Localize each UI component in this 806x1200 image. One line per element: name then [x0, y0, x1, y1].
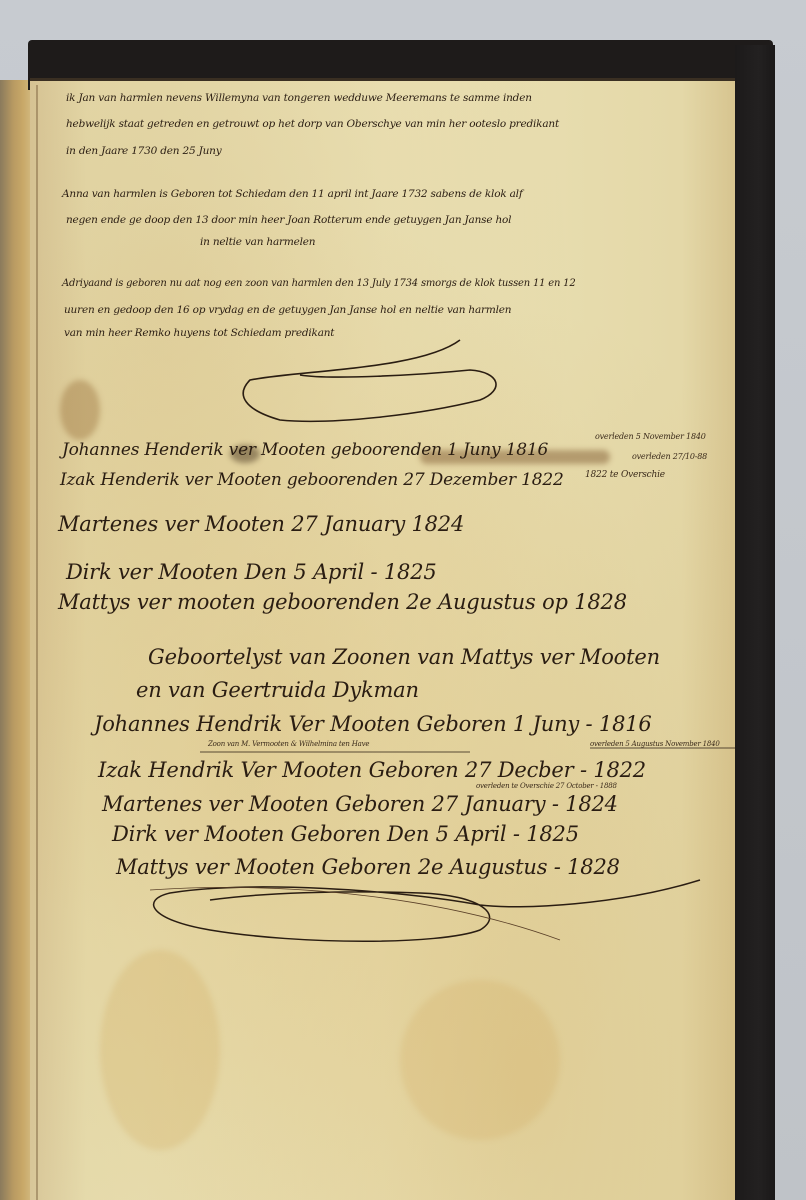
- title-line: Geboortelyst van Zoonen van Mattys ver M…: [148, 645, 660, 669]
- list-item: Dirk ver Mooten Geboren Den 5 April - 18…: [112, 822, 579, 846]
- list-item: Johannes Hendrik Ver Mooten Geboren 1 Ju…: [94, 712, 652, 736]
- place-note: 1822 te Overschie: [585, 470, 665, 480]
- list-item: Izak Hendrik Ver Mooten Geboren 27 Decbe…: [98, 758, 646, 782]
- list-item: Johannes Henderik ver Mooten geboorenden…: [62, 440, 548, 460]
- title-line: en van Geertruida Dykman: [136, 678, 419, 702]
- death-note: overleden 5 Augustus November 1840: [590, 740, 720, 748]
- death-note: overleden 5 November 1840: [595, 432, 706, 441]
- list-item: Martenes ver Mooten Geboren 27 January -…: [102, 792, 618, 816]
- list-item: Dirk ver Mooten Den 5 April - 1825: [66, 560, 437, 584]
- parent-note: Zoon van M. Vermooten & Wilhelmina ten H…: [208, 740, 369, 748]
- death-note: overleden te Overschie 27 October - 1888: [476, 782, 617, 790]
- list-item: Mattys ver Mooten Geboren 2e Augustus - …: [116, 855, 620, 879]
- list-item: Mattys ver mooten geboorenden 2e Augustu…: [58, 590, 627, 614]
- list-item: Martenes ver Mooten 27 January 1824: [58, 512, 464, 536]
- list-item: Izak Henderik ver Mooten geboorenden 27 …: [60, 470, 564, 490]
- death-note: overleden 27/10-88: [632, 452, 707, 461]
